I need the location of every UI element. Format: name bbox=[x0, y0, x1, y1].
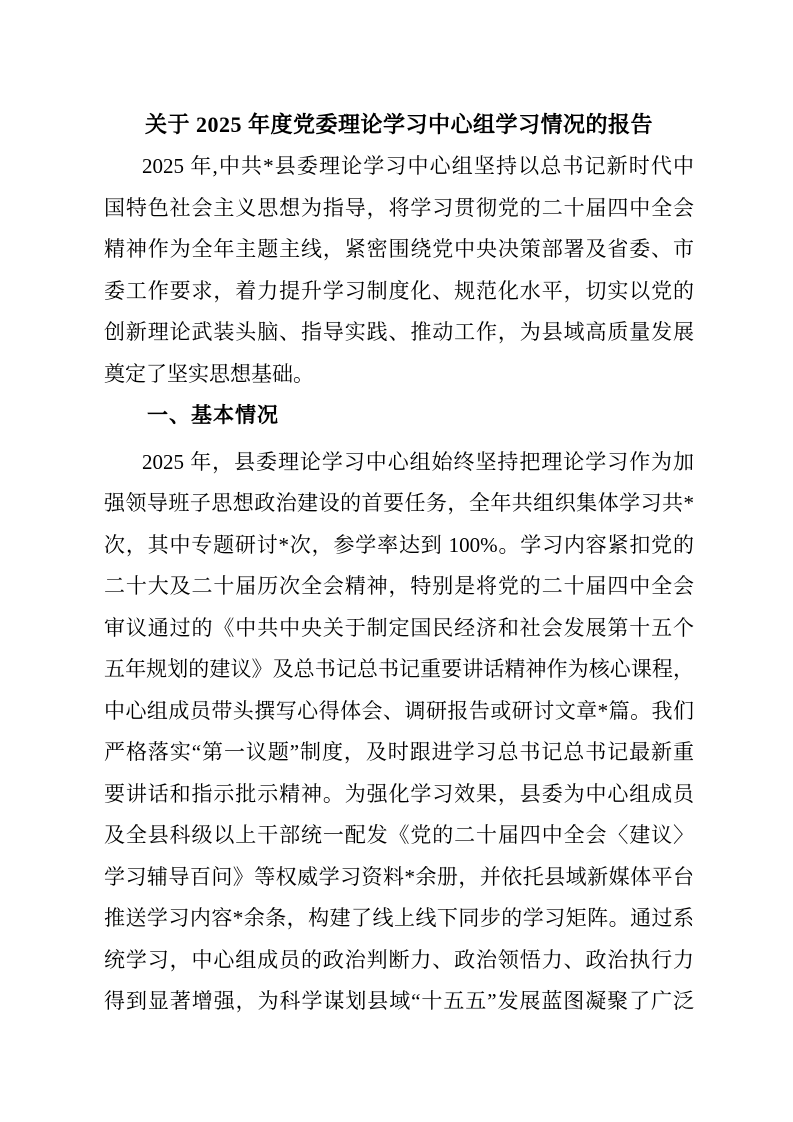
text-line: 精神作为全年主题主线，紧密围绕党中央决策部署及省委、市 bbox=[104, 229, 694, 271]
text-line: 及全县科级以上干部统一配发《党的二十届四中全会〈建议〉 bbox=[104, 815, 694, 857]
text-line: 统学习，中心组成员的政治判断力、政治领悟力、政治执行力 bbox=[104, 940, 694, 982]
text-line: 2025 年,中共*县委理论学习中心组坚持以总书记新时代中 bbox=[104, 146, 694, 188]
text-line: 严格落实“第一议题”制度，及时跟进学习总书记总书记最新重 bbox=[104, 732, 694, 774]
text-line: 2025 年，县委理论学习中心组始终坚持把理论学习作为加 bbox=[104, 442, 694, 484]
text-line: 奠定了坚实思想基础。 bbox=[104, 354, 694, 396]
paragraph-section1: 2025 年，县委理论学习中心组始终坚持把理论学习作为加 强领导班子思想政治建设… bbox=[104, 442, 694, 1023]
text-line: 创新理论武装头脑、指导实践、推动工作，为县域高质量发展 bbox=[104, 312, 694, 354]
document-title: 关于 2025 年度党委理论学习中心组学习情况的报告 bbox=[104, 104, 694, 146]
text-line: 二十大及二十届历次全会精神，特别是将党的二十届四中全会 bbox=[104, 566, 694, 608]
text-line: 要讲话和指示批示精神。为强化学习效果，县委为中心组成员 bbox=[104, 774, 694, 816]
text-line: 国特色社会主义思想为指导，将学习贯彻党的二十届四中全会 bbox=[104, 188, 694, 230]
document-page: 关于 2025 年度党委理论学习中心组学习情况的报告 2025 年,中共*县委理… bbox=[0, 0, 793, 1122]
text-line: 强领导班子思想政治建设的首要任务，全年共组织集体学习共* bbox=[104, 483, 694, 525]
paragraph-intro: 2025 年,中共*县委理论学习中心组坚持以总书记新时代中 国特色社会主义思想为… bbox=[104, 146, 694, 395]
text-line: 中心组成员带头撰写心得体会、调研报告或研讨文章*篇。我们 bbox=[104, 691, 694, 733]
text-line: 五年规划的建议》及总书记总书记重要讲话精神作为核心课程， bbox=[104, 649, 694, 691]
document-content: 关于 2025 年度党委理论学习中心组学习情况的报告 2025 年,中共*县委理… bbox=[0, 0, 793, 1023]
text-line: 学习辅导百问》等权威学习资料*余册，并依托县域新媒体平台 bbox=[104, 857, 694, 899]
text-line: 委工作要求，着力提升学习制度化、规范化水平，切实以党的 bbox=[104, 271, 694, 313]
section-heading-basic-situation: 一、基本情况 bbox=[104, 395, 694, 437]
text-line: 次，其中专题研讨*次，参学率达到 100%。学习内容紧扣党的 bbox=[104, 525, 694, 567]
text-line: 推送学习内容*余条，构建了线上线下同步的学习矩阵。通过系 bbox=[104, 898, 694, 940]
text-line: 审议通过的《中共中央关于制定国民经济和社会发展第十五个 bbox=[104, 608, 694, 650]
text-line: 得到显著增强，为科学谋划县域“十五五”发展蓝图凝聚了广泛 bbox=[104, 981, 694, 1023]
